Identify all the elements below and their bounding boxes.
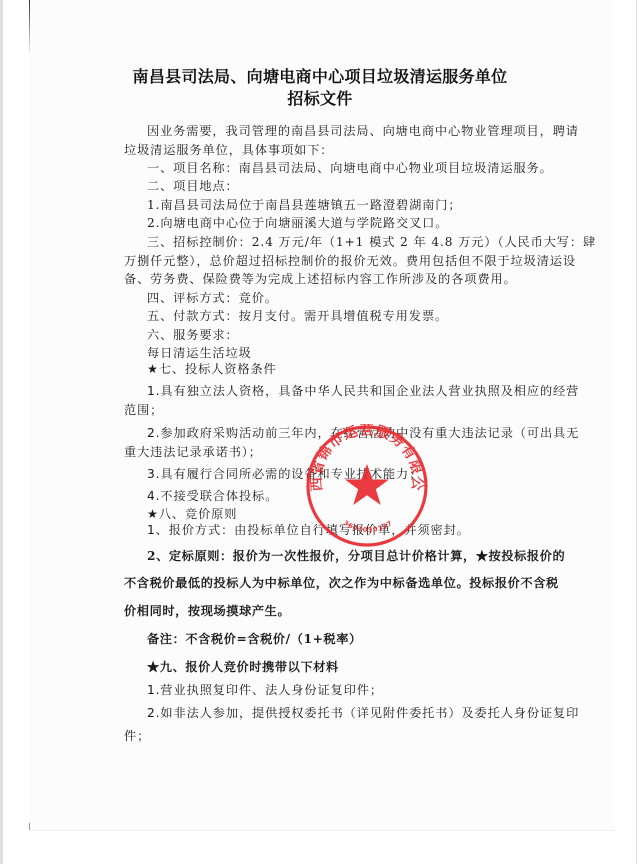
document-subtitle: 招标文件 bbox=[100, 86, 540, 109]
paragraph-line: 件； bbox=[124, 728, 150, 744]
section-evaluation: 四、评标方式：竞价。 bbox=[147, 290, 278, 306]
qualification-item: 3.具有履行合同所必需的设备和专业技术能力； bbox=[147, 466, 422, 482]
section-control-price: 三、招标控制价：2.4 万元/年（1+1 模式 2 年 4.8 万元）（人民币大… bbox=[147, 234, 596, 250]
paragraph-line: 重大违法记录承诺书）； bbox=[124, 444, 262, 460]
bidding-item: 2、定标原则：报价为一次性报价，分项目总计价格计算，★按投标报价的 bbox=[147, 548, 565, 564]
section-payment: 五、付款方式：按月支付。需开具增值税专用发票。 bbox=[147, 308, 448, 324]
materials-item: 1.营业执照复印件、法人身份证复印件； bbox=[147, 682, 383, 698]
page-edge-mark-bottom bbox=[29, 823, 30, 830]
qualification-item: 1.具有独立法人资格，具备中华人民共和国企业法人营业执照及相应的经营 bbox=[147, 383, 579, 399]
page-edge-mark bbox=[29, 0, 30, 52]
section-service-heading: 六、服务要求： bbox=[147, 327, 239, 343]
qualification-item: 2.参加政府采购活动前三年内，在经营活动中没有重大违法记录（可出具无 bbox=[147, 425, 579, 441]
paragraph-line: 价相同时，按现场摸球产生。 bbox=[124, 603, 290, 619]
paragraph-line: 不含税价最低的投标人为中标单位，次之作为中标备选单位。投标报价不含税 bbox=[124, 575, 559, 591]
paragraph-line: 万捌仟元整），总价超过招标控制价的报价无效。费用包括但不限于垃圾清运设 bbox=[124, 253, 576, 269]
paragraph-line: 备、劳务费、保险费等为完成上述招标内容工作所涉及的各项费用。 bbox=[124, 271, 517, 287]
section-location-heading: 二、项目地点： bbox=[147, 178, 239, 194]
section-item-name: 一、项目名称：南昌县司法局、向塘电商中心物业项目垃圾清运服务。 bbox=[147, 160, 553, 176]
section-materials-heading: ★九、报价人竞价时携带以下材料 bbox=[147, 659, 339, 675]
service-requirement: 每日清运生活垃圾 bbox=[147, 345, 252, 361]
document-title: 南昌县司法局、向塘电商中心项目垃圾清运服务单位 bbox=[100, 64, 540, 87]
note-line: 备注：不含税价=含税价/（1+税率） bbox=[147, 631, 362, 647]
paragraph-line: 因业务需要，我司管理的南昌县司法局、向塘电商中心物业管理项目，聘请 bbox=[147, 123, 579, 139]
materials-item: 2.如非法人参加，提供授权委托书（详见附件委托书）及委托人身份证复印 bbox=[147, 705, 579, 721]
paragraph-line: 垃圾清运服务单位，具体事项如下： bbox=[124, 142, 333, 158]
location-item: 2.向塘电商中心位于向塘丽溪大道与学院路交叉口。 bbox=[147, 215, 448, 231]
section-qualification-heading: ★七、投标人资格条件 bbox=[147, 361, 277, 377]
qualification-item: 4.不接受联合体投标。 bbox=[147, 488, 278, 504]
left-window-edge bbox=[0, 0, 3, 864]
section-bidding-heading: ★八、竞价原则 bbox=[147, 506, 237, 522]
paragraph-line: 范围； bbox=[124, 402, 163, 418]
location-item: 1.南昌县司法局位于南昌县莲塘镇五一路澄碧湖南门； bbox=[147, 197, 461, 213]
right-window-edge bbox=[636, 0, 637, 864]
bidding-item: 1、报价方式：由投标单位自行填写报价单，并须密封。 bbox=[147, 522, 470, 538]
